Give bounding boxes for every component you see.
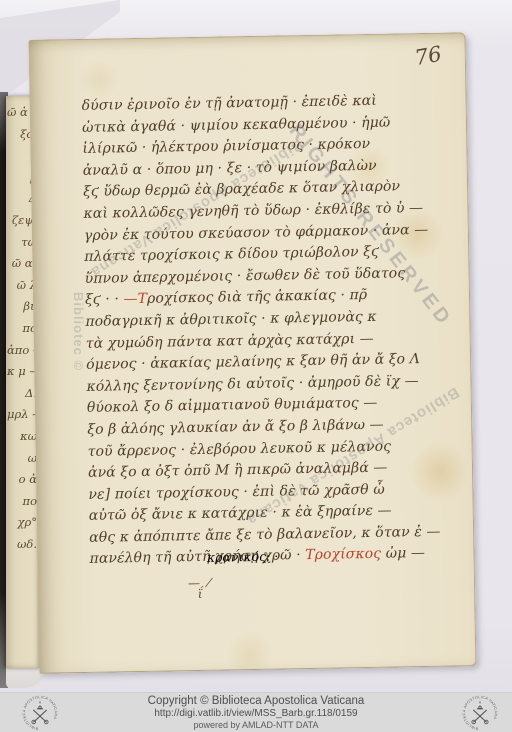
vatican-library-seal-left — [22, 695, 58, 731]
vatican-library-seal-right — [462, 695, 498, 731]
catchword-letter: ΐ — [180, 589, 220, 601]
catchword-mark: — ⁄ ΐ — [180, 578, 220, 601]
digivatlib-scan-viewer: ῶ ἀ — ξο. β Δ ζεψ. τω ῶ αι ῶ λ βυ πο ἀπο… — [0, 0, 512, 732]
folio-number: 76 — [413, 42, 443, 70]
footer-text: Copyright © Biblioteca Apostolica Vatica… — [0, 695, 512, 731]
manuscript-page: 76 δύσιν ἐρινοῖο ἐν τῇ ἀνατομῇ · ἐπειδὲ … — [29, 32, 477, 674]
footer-url: http://digi.vatlib.it/view/MSS_Barb.gr.1… — [0, 708, 512, 720]
manuscript-trailing-word: κρανικός: · — [187, 548, 297, 565]
manuscript-text-block: δύσιν ἐρινοῖο ἐν τῇ ἀνατομῇ · ἐπειδὲ καὶ… — [81, 90, 403, 570]
copyright-footer: Copyright © Biblioteca Apostolica Vatica… — [0, 692, 512, 732]
footer-powered-by: powered by AMLAD-NTT DATA — [0, 720, 512, 731]
scanned-page-photo: ῶ ἀ — ξο. β Δ ζεψ. τω ῶ αι ῶ λ βυ πο ἀπο… — [0, 0, 512, 692]
footer-copyright: Copyright © Biblioteca Apostolica Vatica… — [0, 695, 512, 708]
